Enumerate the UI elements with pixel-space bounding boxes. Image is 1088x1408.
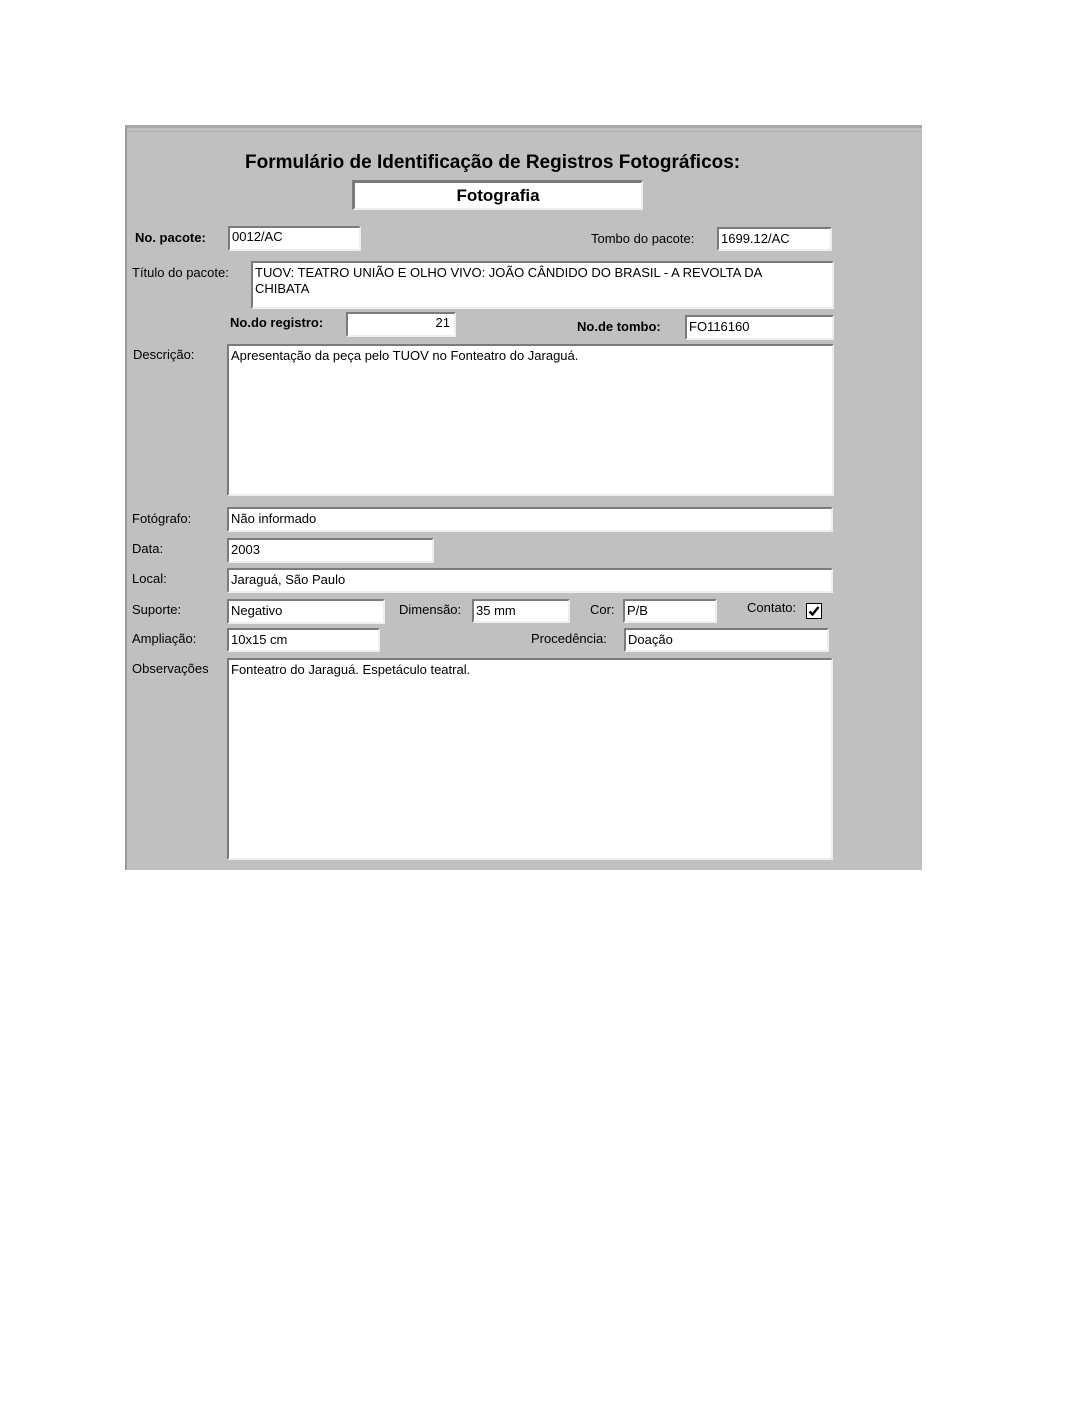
titulo-pacote-label: Título do pacote: [132, 265, 229, 281]
checkmark-icon [808, 605, 820, 617]
suporte-label: Suporte: [132, 602, 181, 618]
form-title: Formulário de Identificação de Registros… [245, 152, 740, 174]
dimensao-field[interactable]: 35 mm [472, 599, 570, 623]
procedencia-field[interactable]: Doação [624, 628, 829, 652]
cor-field[interactable]: P/B [623, 599, 717, 623]
fotografo-label: Fotógrafo: [132, 511, 191, 527]
data-label: Data: [132, 541, 163, 557]
no-pacote-label: No. pacote: [135, 230, 206, 246]
cor-label: Cor: [590, 602, 615, 618]
ampliacao-field[interactable]: 10x15 cm [227, 628, 380, 652]
local-label: Local: [132, 571, 167, 587]
titulo-pacote-field[interactable]: TUOV: TEATRO UNIÃO E OLHO VIVO: JOÃO CÂN… [251, 261, 834, 309]
suporte-field[interactable]: Negativo [227, 599, 385, 624]
tombo-pacote-field[interactable]: 1699.12/AC [717, 227, 832, 251]
fotografo-field[interactable]: Não informado [227, 507, 833, 532]
form-subtitle: Fotografia [352, 180, 643, 210]
contato-checkbox[interactable] [806, 603, 822, 619]
no-registro-field[interactable]: 21 [346, 312, 456, 337]
contato-label: Contato: [747, 600, 796, 616]
no-registro-label: No.do registro: [230, 315, 323, 331]
dimensao-label: Dimensão: [399, 602, 461, 618]
tombo-pacote-label: Tombo do pacote: [591, 231, 694, 247]
observacoes-textarea[interactable]: Fonteatro do Jaraguá. Espetáculo teatral… [227, 658, 833, 860]
ampliacao-label: Ampliação: [132, 631, 196, 647]
no-tombo-field[interactable]: FO116160 [685, 315, 834, 340]
procedencia-label: Procedência: [531, 631, 607, 647]
observacoes-label: Observações [132, 661, 209, 677]
local-field[interactable]: Jaraguá, São Paulo [227, 568, 833, 593]
no-pacote-field[interactable]: 0012/AC [228, 226, 361, 251]
descricao-textarea[interactable]: Apresentação da peça pelo TUOV no Fontea… [227, 344, 834, 496]
no-tombo-label: No.de tombo: [577, 319, 661, 335]
descricao-label: Descrição: [133, 347, 194, 363]
data-field[interactable]: 2003 [227, 538, 434, 563]
